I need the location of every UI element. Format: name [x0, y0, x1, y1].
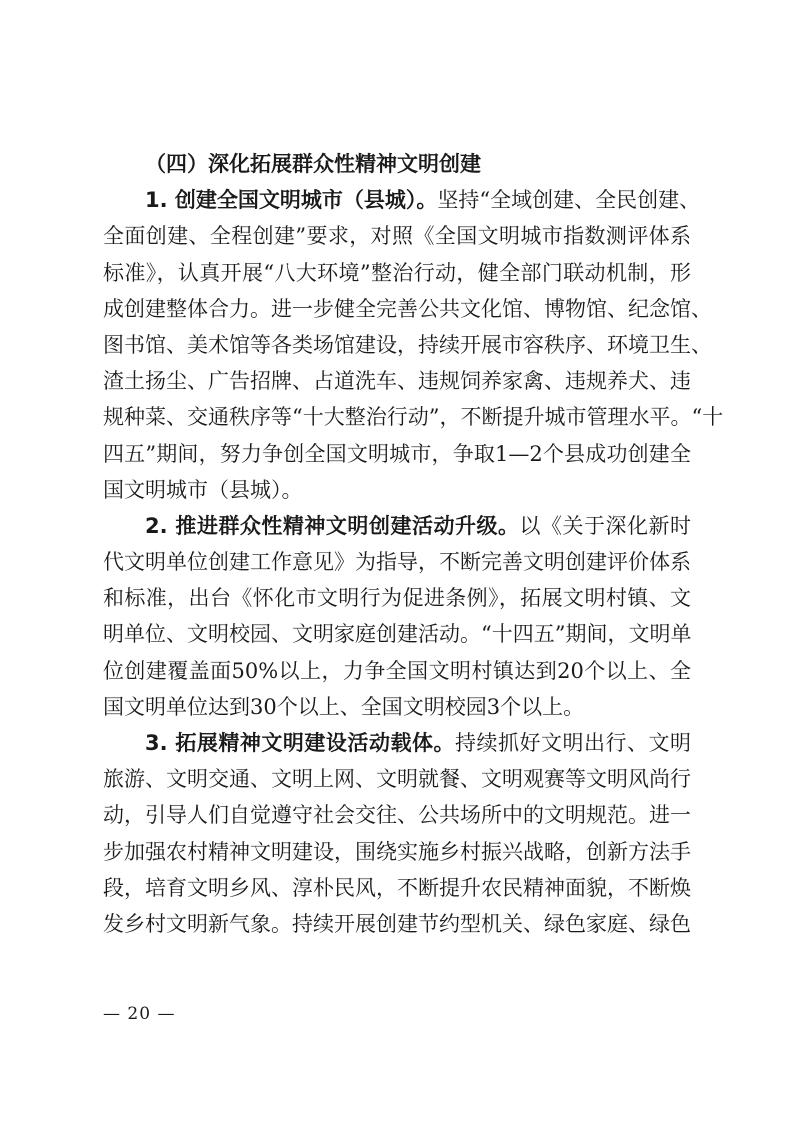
page-number: — 20 —: [103, 1004, 175, 1024]
paragraph-1-title: 1. 创建全国文明城市（县城）。: [145, 188, 437, 212]
paragraph-3-line-2: 旅游、文明交通、文明上网、文明就餐、文明观赛等文明风尚行: [103, 761, 691, 797]
paragraph-2-title: 2. 推进群众性精神文明创建活动升级。: [145, 514, 519, 538]
paragraph-2-line-1: 2. 推进群众性精神文明创建活动升级。以《关于深化新时: [103, 508, 691, 544]
paragraph-2-line-5: 位创建覆盖面50%以上，力争全国文明村镇达到20个以上、全: [103, 653, 691, 689]
paragraph-1-line-3: 标准》，认真开展“八大环境”整治行动，健全部门联动机制，形: [103, 255, 691, 291]
paragraph-2-line-3: 和标准，出台《怀化市文明行为促进条例》，拓展文明村镇、文: [103, 580, 691, 616]
paragraph-3-line-6: 发乡村文明新气象。持续开展创建节约型机关、绿色家庭、绿色: [103, 906, 691, 942]
paragraph-1-line-4: 成创建整体合力。进一步健全完善公共文化馆、博物馆、纪念馆、: [103, 291, 691, 327]
paragraph-1-line-8: 四五”期间，努力争创全国文明城市，争取1—2个县成功创建全: [103, 436, 691, 472]
paragraph-2-line-6: 国文明单位达到30个以上、全国文明校园3个以上。: [103, 689, 691, 725]
paragraph-1-line-7: 规种菜、交通秩序等“十大整治行动”，不断提升城市管理水平。“十: [103, 399, 691, 435]
paragraph-3-line-1: 3. 拓展精神文明建设活动载体。持续抓好文明出行、文明: [103, 725, 691, 761]
paragraph-3-line-4: 步加强农村精神文明建设，围绕实施乡村振兴战略，创新方法手: [103, 834, 691, 870]
paragraph-1-line-9: 国文明城市（县城）。: [103, 472, 691, 508]
document-page: （四）深化拓展群众性精神文明创建 1. 创建全国文明城市（县城）。坚持“全域创建…: [103, 146, 691, 942]
paragraph-3-title: 3. 拓展精神文明建设活动载体。: [145, 731, 455, 755]
paragraph-3-line-3: 动，引导人们自觉遵守社会交往、公共场所中的文明规范。进一: [103, 797, 691, 833]
paragraph-1-line-2: 全面创建、全程创建”要求，对照《全国文明城市指数测评体系: [103, 218, 691, 254]
paragraph-2-line-4: 明单位、文明校园、文明家庭创建活动。“十四五”期间，文明单: [103, 616, 691, 652]
paragraph-1-line-6: 渣土扬尘、广告招牌、占道洗车、违规饲养家禽、违规养犬、违: [103, 363, 691, 399]
paragraph-2-line-2: 代文明单位创建工作意见》为指导，不断完善文明创建评价体系: [103, 544, 691, 580]
paragraph-3-line-5: 段，培育文明乡风、淳朴民风，不断提升农民精神面貌，不断焕: [103, 870, 691, 906]
paragraph-1-line-5: 图书馆、美术馆等各类场馆建设，持续开展市容秩序、环境卫生、: [103, 327, 691, 363]
section-heading: （四）深化拓展群众性精神文明创建: [103, 146, 691, 182]
paragraph-1-line-1: 1. 创建全国文明城市（县城）。坚持“全域创建、全民创建、: [103, 182, 691, 218]
